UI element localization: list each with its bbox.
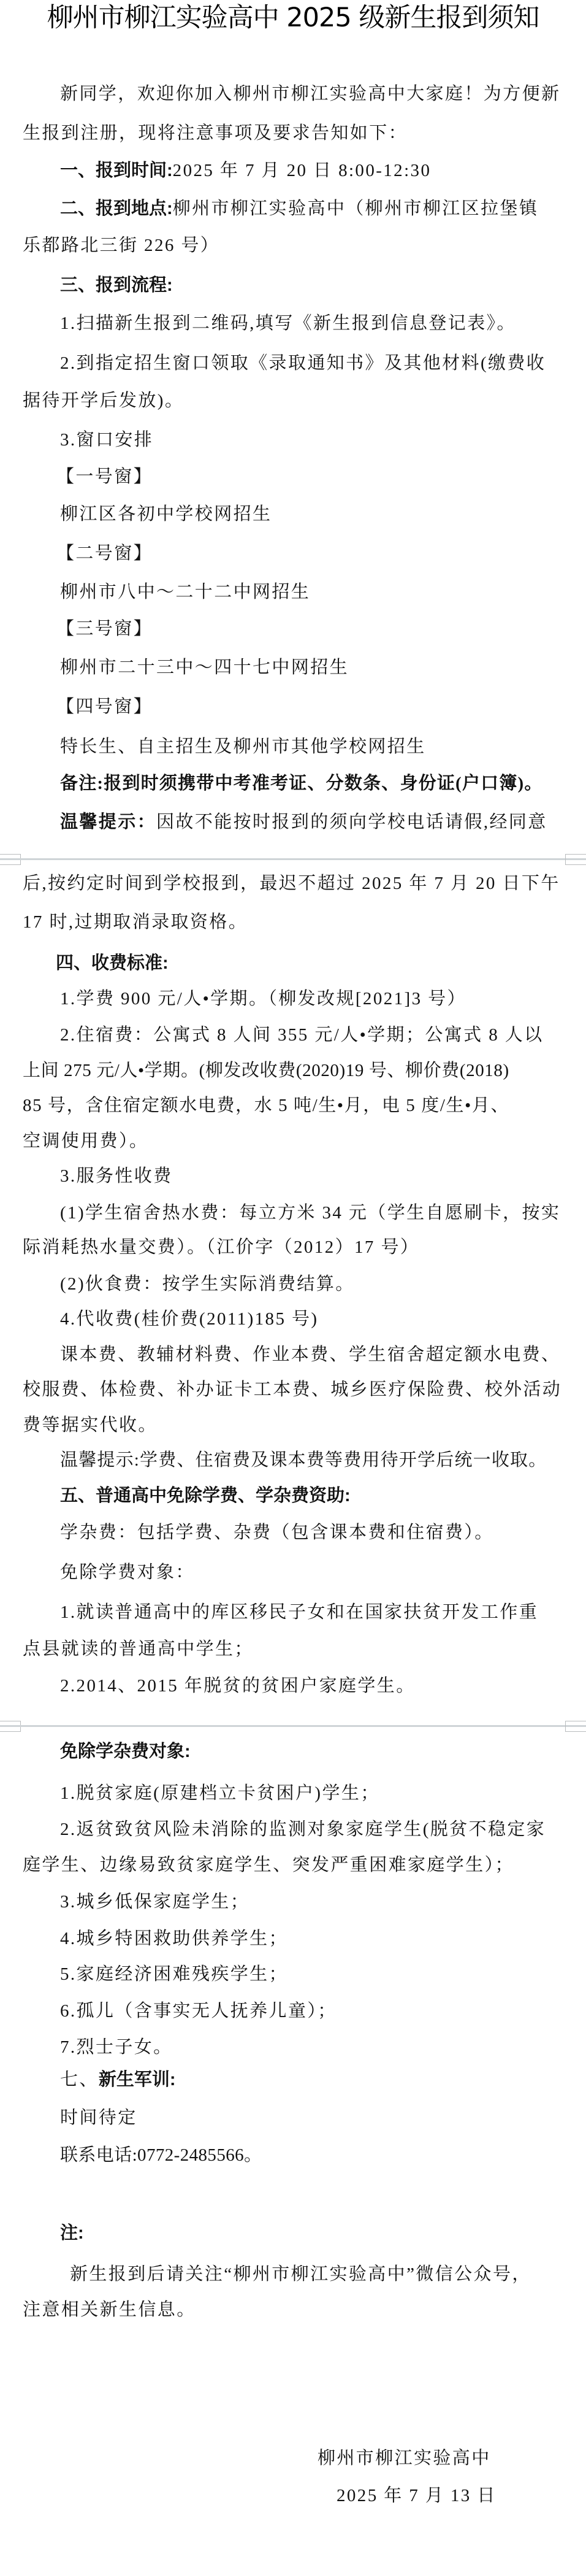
page-divider: [0, 858, 586, 860]
process-step-3: 3.窗口安排: [60, 428, 564, 452]
process-step-2-cont: 据待开学后发放)。: [23, 388, 564, 413]
tuition-exempt-item-1-cont: 点县就读的普通高中学生；: [23, 1637, 564, 1661]
fee-item-4-line-1: 课本费、教辅材料费、作业本费、学生宿舍超定额水电费、: [60, 1342, 564, 1367]
page-divider: [0, 1725, 586, 1727]
warm-tip-text: 因故不能按时报到的须向学校电话请假,经同意: [156, 812, 547, 832]
warm-tip-cont-2: 17 时,过期取消录取资格。: [23, 910, 564, 934]
fees-definition: 学杂费：包括学费、杂费（包含课本费和住宿费）。: [60, 1520, 564, 1545]
signature-date: 2025 年 7 月 13 日: [337, 2483, 497, 2508]
section-registration-location: 二、报到地点:柳州市柳江实验高中（柳州市柳江区拉堡镇: [60, 196, 564, 221]
registration-note: 备注:报到时须携带中考准考证、分数条、身份证(户口簿)。: [60, 771, 564, 796]
window-label-3: 【三号窗】: [56, 617, 564, 641]
tuition-exempt-label: 免除学费对象：: [60, 1560, 564, 1585]
process-step-1: 1.扫描新生报到二维码,填写《新生报到信息登记表》。: [60, 311, 564, 336]
fees-exempt-item-6: 6.孤儿（含事实无人抚养儿童）；: [60, 1999, 564, 2023]
tuition-exempt-item-2: 2.2014、2015 年脱贫的贫困户家庭学生。: [60, 1674, 564, 1698]
section-heading-fees: 四、收费标准:: [56, 951, 564, 975]
section-military-training: 七、新生军训:: [60, 2067, 564, 2092]
window-desc-2: 柳州市八中～二十二中网招生: [60, 580, 564, 604]
document-title: 柳州市柳江实验高中 2025 级新生报到须知: [0, 2, 586, 33]
fee-item-4-line-2: 校服费、体检费、补办证卡工本费、城乡医疗保险费、校外活动: [23, 1377, 564, 1402]
page-corner-mark-right: [565, 854, 586, 865]
fees-exempt-item-7: 7.烈士子女。: [60, 2035, 564, 2059]
notice-line-1: 新生报到后请关注“柳州市柳江实验高中”微信公众号，: [70, 2262, 564, 2286]
notice-line-2: 注意相关新生信息。: [23, 2297, 564, 2322]
fee-item-4-line-3: 费等据实代收。: [23, 1413, 564, 1437]
page-break: [0, 1721, 586, 1732]
section-heading: 一、报到时间:: [60, 161, 173, 180]
fees-exempt-item-1: 1.脱贫家庭(原建档立卡贫困户)学生；: [60, 1781, 564, 1805]
fees-exempt-item-5: 5.家庭经济困难残疾学生；: [60, 1962, 564, 1986]
page-corner-mark-right: [565, 1721, 586, 1732]
section-heading: 二、报到地点:: [60, 199, 173, 218]
fee-warm-tip: 温馨提示:学费、住宿费及课本费等费用待开学后统一收取。: [60, 1448, 564, 1472]
fee-item-3: 3.服务性收费: [60, 1164, 564, 1188]
training-time: 时间待定: [60, 2105, 564, 2130]
window-desc-1: 柳江区各初中学校网招生: [60, 502, 564, 526]
warm-tip: 温馨提示：因故不能按时报到的须向学校电话请假,经同意: [60, 810, 564, 834]
fee-item-3-1: (1)学生宿舍热水费：每立方米 34 元（学生自愿刷卡，按实: [60, 1201, 564, 1225]
location-value-cont: 乐都路北三街 226 号）: [23, 233, 564, 258]
fee-item-3-1-cont: 际消耗热水量交费）。（江价字（2012）17 号）: [23, 1235, 564, 1259]
fee-item-2-cont-2: 85 号，含住宿定额水电费，水 5 吨/生•月，电 5 度/生•月、: [23, 1093, 564, 1118]
fee-item-2-cont-3: 空调使用费）。: [23, 1129, 564, 1153]
document-page: 柳州市柳江实验高中 2025 级新生报到须知 新同学，欢迎你加入柳州市柳江实验高…: [0, 0, 586, 2576]
fees-exempt-item-2-cont: 庭学生、边缘易致贫家庭学生、突发严重困难家庭学生）；: [23, 1853, 564, 1877]
section-heading: 新生军训:: [99, 2070, 176, 2090]
fee-item-2-cont-1: 上间 275 元/人•学期。(柳发改收费(2020)19 号、柳价费(2018): [23, 1058, 564, 1083]
fee-item-1: 1.学费 900 元/人•学期。（柳发改规[2021]3 号）: [60, 986, 564, 1011]
registration-time-value: 2025 年 7 月 20 日 8:00-12:30: [173, 161, 432, 180]
fee-item-2: 2.住宿费：公寓式 8 人间 355 元/人•学期；公寓式 8 人以: [60, 1023, 564, 1047]
window-desc-4: 特长生、自主招生及柳州市其他学校网招生: [60, 734, 564, 759]
warm-tip-cont-1: 后,按约定时间到学校报到，最迟不超过 2025 年 7 月 20 日下午: [23, 871, 564, 896]
page-break: [0, 854, 586, 865]
window-label-2: 【二号窗】: [56, 541, 564, 566]
fees-exempt-label: 免除学杂费对象:: [60, 1739, 564, 1764]
section-heading-exemption: 五、普通高中免除学费、学杂费资助:: [60, 1483, 564, 1508]
intro-line-2: 生报到注册，现将注意事项及要求告知如下：: [23, 121, 564, 145]
fee-item-3-2: (2)伙食费：按学生实际消费结算。: [60, 1272, 564, 1296]
notice-heading: 注:: [60, 2221, 564, 2245]
section-prefix: 七、: [60, 2070, 99, 2090]
window-desc-3: 柳州市二十三中～四十七中网招生: [60, 655, 564, 680]
signature-org: 柳州市柳江实验高中: [318, 2446, 491, 2470]
fees-exempt-item-4: 4.城乡特困救助供养学生；: [60, 1926, 564, 1951]
intro-line-1: 新同学，欢迎你加入柳州市柳江实验高中大家庭！为方便新: [60, 82, 564, 106]
fees-exempt-item-3: 3.城乡低保家庭学生；: [60, 1890, 564, 1914]
tuition-exempt-item-1: 1.就读普通高中的库区移民子女和在国家扶贫开发工作重: [60, 1600, 564, 1624]
section-registration-time: 一、报到时间:2025 年 7 月 20 日 8:00-12:30: [60, 158, 564, 183]
fee-item-4: 4.代收费(桂价费(2011)185 号): [60, 1307, 564, 1331]
window-label-1: 【一号窗】: [56, 464, 564, 489]
process-step-2: 2.到指定招生窗口领取《录取通知书》及其他材料(缴费收: [60, 351, 564, 375]
contact-phone: 联系电话:0772-2485566。: [60, 2143, 564, 2167]
fees-exempt-item-2: 2.返贫致贫风险未消除的监测对象家庭学生(脱贫不稳定家: [60, 1817, 564, 1842]
window-label-4: 【四号窗】: [56, 694, 564, 719]
section-heading-process: 三、报到流程:: [60, 273, 564, 298]
location-value: 柳州市柳江实验高中（柳州市柳江区拉堡镇: [173, 199, 539, 218]
warm-tip-label: 温馨提示：: [60, 812, 156, 832]
